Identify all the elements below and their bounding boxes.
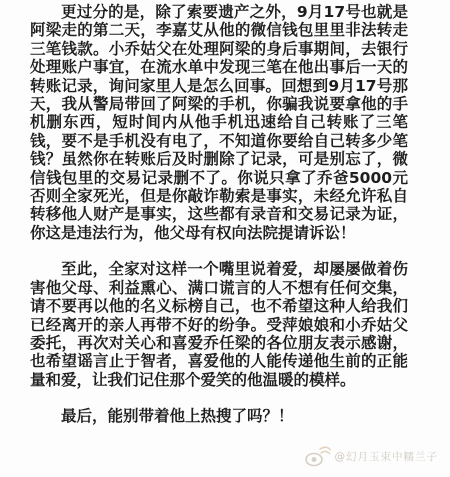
text-block: 更过分的是，除了索要遗产之外，9月17号也就是阿梁走的第二天，李嘉艾从他的微信钱… [30, 3, 408, 426]
watermark-handle: @幻月玉束中糯兰子 [335, 449, 439, 464]
weibo-eye-icon [304, 446, 331, 467]
paragraph-2: 至此，全家对这样一个嘴里说着爱，却屡屡做着伤害他父母、利益熏心、满口谎言的人不想… [30, 260, 408, 389]
paragraph-1: 更过分的是，除了索要遗产之外，9月17号也就是阿梁走的第二天，李嘉艾从他的微信钱… [30, 3, 408, 242]
weibo-watermark: @幻月玉束中糯兰子 [304, 446, 439, 467]
document-page: 更过分的是，除了索要遗产之外，9月17号也就是阿梁走的第二天，李嘉艾从他的微信钱… [0, 0, 450, 477]
paragraph-3: 最后，能别带着他上热搜了吗？！ [30, 407, 408, 425]
